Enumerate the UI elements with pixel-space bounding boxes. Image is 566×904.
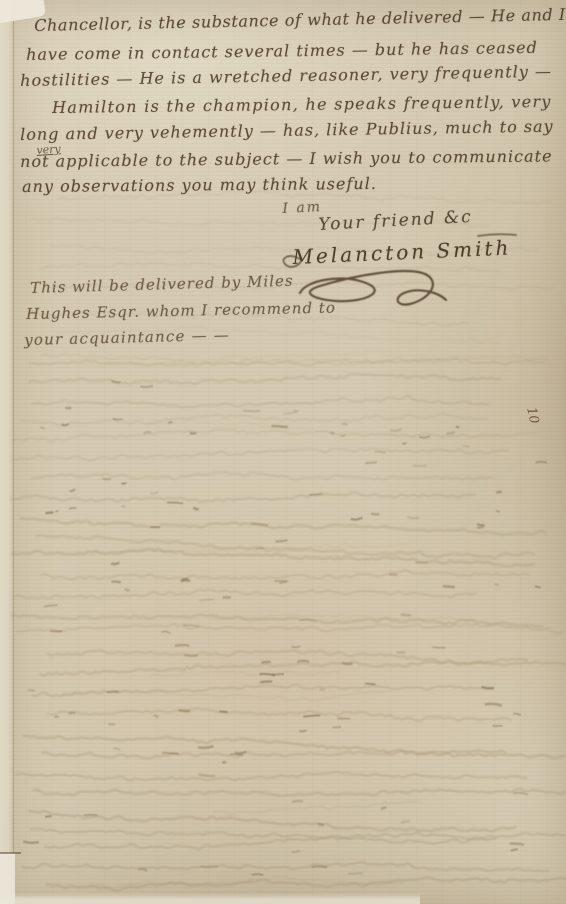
manuscript-line: any observations you may think useful.: [22, 174, 377, 196]
margin-page-mark: 10: [523, 406, 541, 425]
interlinear-insertion: very: [36, 142, 61, 157]
manuscript-page: Chancellor, is the substance of what he …: [0, 0, 566, 904]
closing-salutation: I am: [282, 199, 322, 217]
